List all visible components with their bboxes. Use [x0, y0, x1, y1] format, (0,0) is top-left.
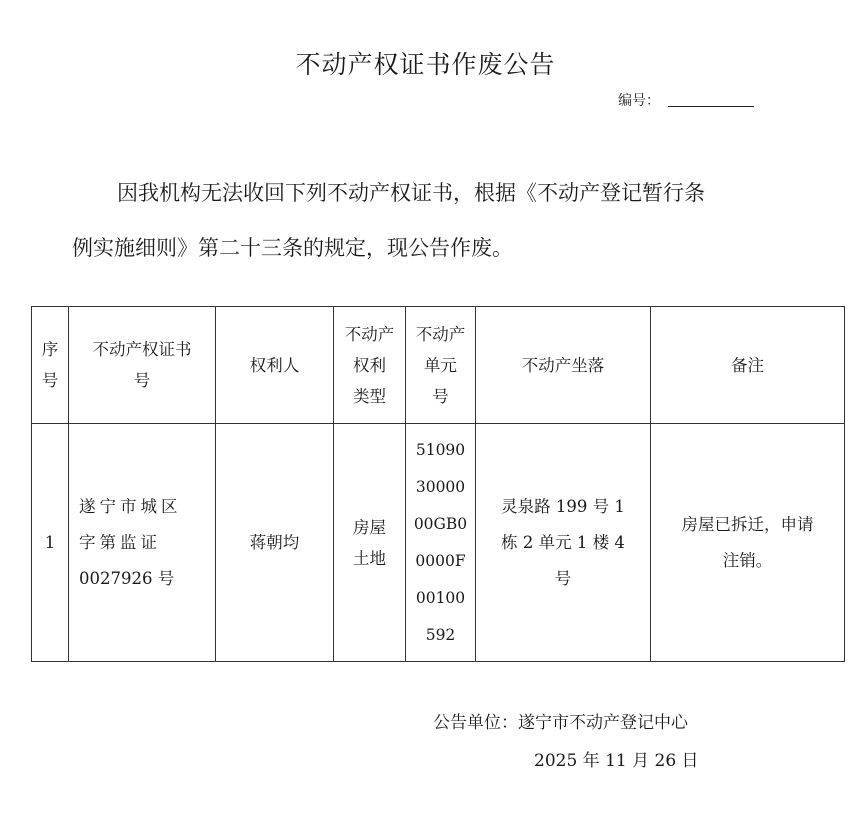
issue-date: 2025 年 11 月 26 日: [534, 746, 699, 771]
void-certificate-table: 序 号 不动产权证书 号 权利人 不动产 权利 类型 不动产 单元 号 不动产坐…: [31, 306, 845, 662]
notice-paragraph-line-1: 因我机构无法收回下列不动产权证书，根据《不动产登记暂行条: [117, 177, 705, 207]
serial-blank-line: [668, 106, 754, 107]
cell-text: 灵泉路 199 号 1: [482, 489, 644, 525]
cell-text: 栋 2 单元 1 楼 4: [482, 525, 644, 561]
header-text: 不动产: [406, 319, 475, 350]
cell-text: 30000: [406, 469, 475, 506]
header-text: 不动产权证书: [69, 334, 215, 365]
cell-index: 1: [32, 424, 69, 662]
cell-text: 房屋已拆迁，申请: [659, 507, 836, 543]
cell-text: 号: [482, 561, 644, 597]
header-location: 不动产坐落: [476, 307, 651, 424]
cell-text: 土地: [334, 543, 405, 574]
issuing-unit: 公告单位：遂宁市不动产登记中心: [433, 708, 688, 733]
cell-text: 房屋: [334, 512, 405, 543]
header-text: 序: [32, 334, 68, 365]
cell-text: 00GB0: [406, 506, 475, 543]
header-index: 序 号: [32, 307, 69, 424]
header-text: 号: [69, 365, 215, 396]
cell-certificate-number: 遂宁市城区 字第监证 0027926 号: [69, 424, 216, 662]
table-row: 1 遂宁市城区 字第监证 0027926 号 蒋朝均 房屋 土地 51090 3…: [32, 424, 845, 662]
header-text: 号: [406, 381, 475, 412]
header-text: 权利人: [216, 350, 333, 381]
header-rights-holder: 权利人: [216, 307, 334, 424]
header-text: 不动产坐落: [476, 350, 650, 381]
header-certificate-number: 不动产权证书 号: [69, 307, 216, 424]
header-text: 备注: [651, 350, 844, 381]
serial-number: 编号：: [618, 90, 754, 110]
cell-unit-number: 51090 30000 00GB0 0000F 00100 592: [406, 424, 476, 662]
header-remarks: 备注: [651, 307, 845, 424]
cell-text: 遂宁市城区: [79, 489, 215, 525]
cell-text: 592: [406, 617, 475, 654]
header-text: 类型: [334, 381, 405, 412]
cell-text: 0000F: [406, 543, 475, 580]
cell-right-type: 房屋 土地: [334, 424, 406, 662]
cell-text: 0027926 号: [79, 561, 215, 597]
serial-label: 编号：: [618, 93, 660, 109]
cell-location: 灵泉路 199 号 1 栋 2 单元 1 楼 4 号: [476, 424, 651, 662]
cell-text: 51090: [406, 432, 475, 469]
table-header-row: 序 号 不动产权证书 号 权利人 不动产 权利 类型 不动产 单元 号 不动产坐…: [32, 307, 845, 424]
cell-text: 注销。: [659, 543, 836, 579]
header-text: 单元: [406, 350, 475, 381]
notice-paragraph-line-2: 例实施细则》第二十三条的规定，现公告作废。: [72, 232, 513, 262]
header-unit-number: 不动产 单元 号: [406, 307, 476, 424]
header-text: 权利: [334, 350, 405, 381]
cell-text: 字第监证: [79, 525, 215, 561]
document-title: 不动产权证书作废公告: [0, 45, 851, 81]
header-text: 不动产: [334, 319, 405, 350]
header-text: 号: [32, 365, 68, 396]
header-right-type: 不动产 权利 类型: [334, 307, 406, 424]
cell-rights-holder: 蒋朝均: [216, 424, 334, 662]
cell-text: 00100: [406, 580, 475, 617]
cell-remarks: 房屋已拆迁，申请 注销。: [651, 424, 845, 662]
